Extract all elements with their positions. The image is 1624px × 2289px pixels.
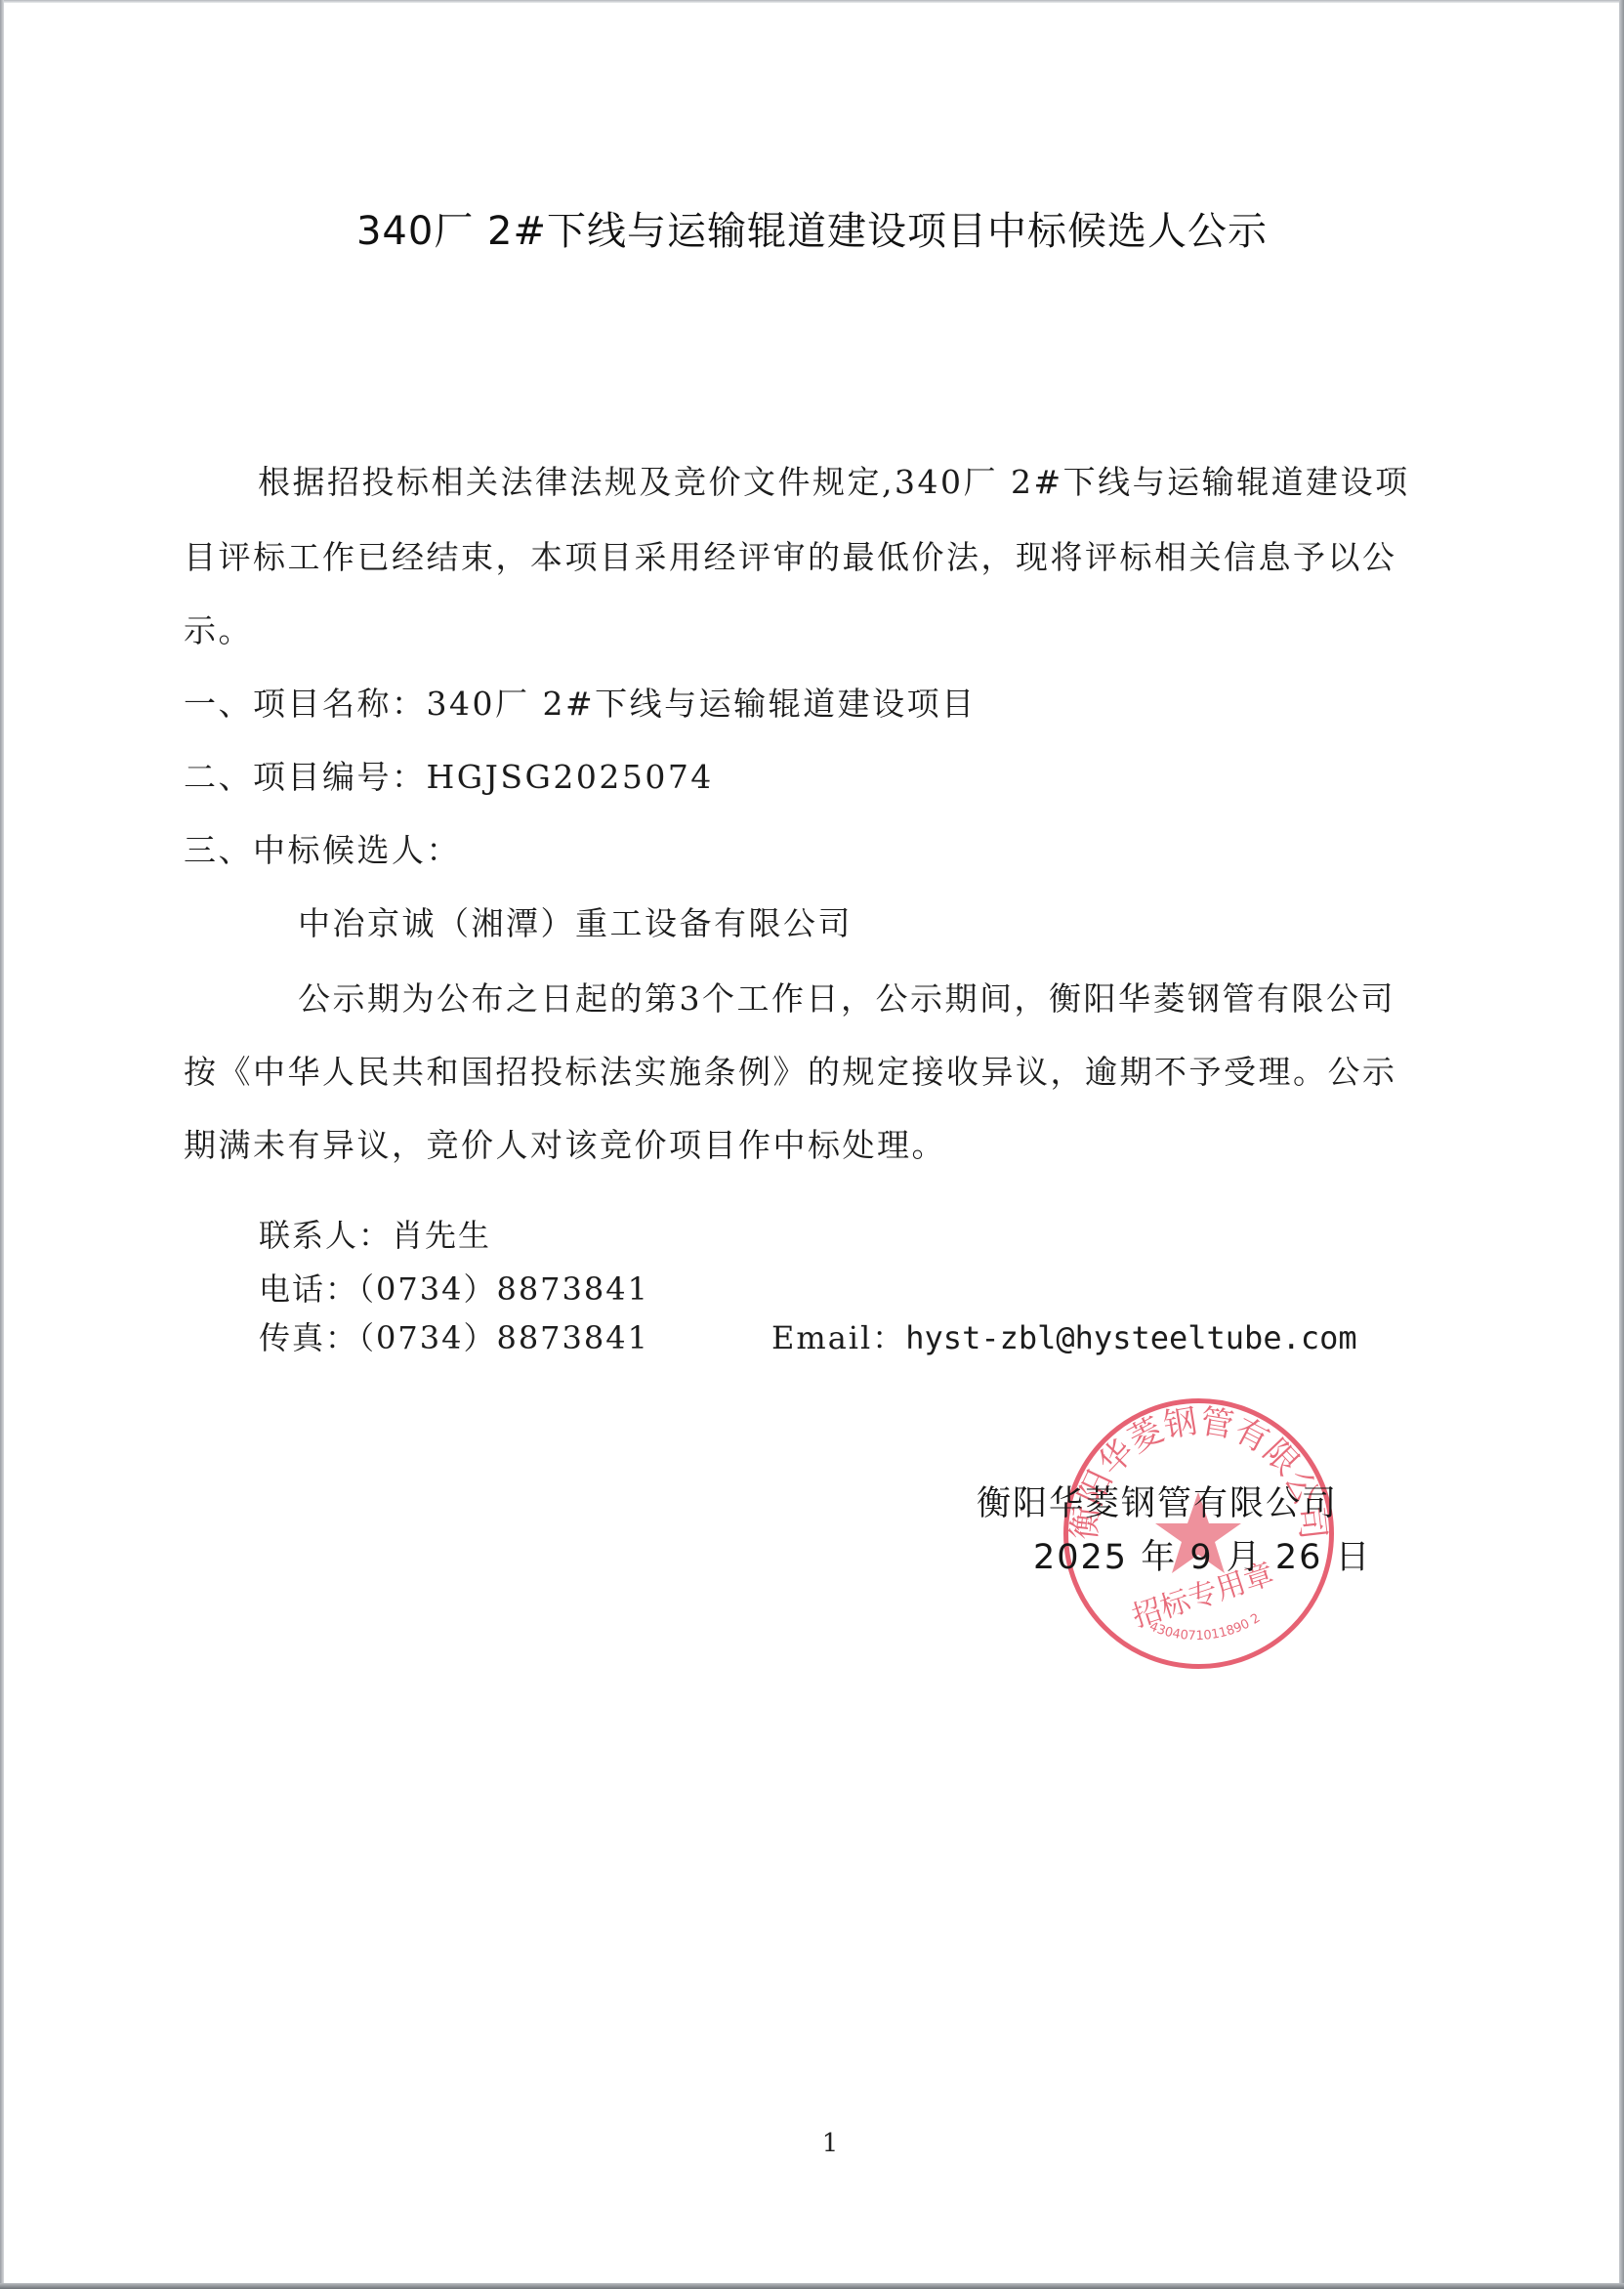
contact-fax-label: 传真： (259, 1319, 358, 1356)
notice-line-1: 公示期为公布之日起的第3个工作日，公示期间，衡阳华菱钢管有限公司 (298, 974, 1395, 1020)
contact-fax-value: （0734）8873841 (358, 1319, 649, 1356)
item-candidate-label: 三、中标候选人： (184, 831, 461, 869)
scan-edge-right (1619, 0, 1624, 2289)
contact-email-value[interactable]: hyst-zbl@hysteeltube.com (905, 1319, 1356, 1356)
contact-person-value: 肖先生 (392, 1217, 491, 1254)
intro-line-3: 示。 (184, 605, 253, 651)
item-project-code: 二、项目编号：HGJSG2025074 (184, 752, 714, 798)
item-project-name-value: 340厂 2#下线与运输辊道建设项目 (427, 685, 977, 723)
signature-company: 衡阳华菱钢管有限公司 (977, 1477, 1338, 1525)
document-page: 340厂 2#下线与运输辊道建设项目中标候选人公示 根据招投标相关法律法规及竞价… (0, 0, 1624, 2289)
item-project-name-label: 一、项目名称： (184, 685, 427, 723)
item-project-name: 一、项目名称：340厂 2#下线与运输辊道建设项目 (184, 679, 977, 725)
contact-phone: 电话：（0734）8873841 (259, 1265, 649, 1310)
contact-fax: 传真：（0734）8873841 (259, 1313, 649, 1358)
contact-person: 联系人：肖先生 (259, 1211, 491, 1256)
candidate-name: 中冶京诚（湘潭）重工设备有限公司 (298, 898, 853, 944)
scan-edge-bottom (0, 2283, 1624, 2289)
signature-date: 2025 年 9 月 26 日 (1033, 1530, 1372, 1579)
item-project-code-label: 二、项目编号： (184, 758, 427, 796)
item-project-code-value: HGJSG2025074 (427, 758, 714, 796)
scan-edge-top (0, 0, 1624, 3)
contact-email: Email：hyst-zbl@hysteeltube.com (771, 1313, 1357, 1358)
contact-phone-label: 电话： (259, 1270, 358, 1308)
scan-edge-left (0, 0, 4, 2289)
document-title: 340厂 2#下线与运输辊道建设项目中标候选人公示 (0, 200, 1624, 256)
contact-phone-value: （0734）8873841 (358, 1270, 649, 1308)
page-number: 1 (0, 2129, 1624, 2158)
contact-email-label: Email： (771, 1319, 905, 1356)
item-candidate-heading: 三、中标候选人： (184, 825, 461, 871)
notice-line-2: 按《中华人民共和国招投标法实施条例》的规定接收异议，逾期不予受理。公示 (184, 1047, 1397, 1093)
intro-line-2: 目评标工作已经结束，本项目采用经评审的最低价法，现将评标相关信息予以公 (184, 532, 1397, 578)
contact-person-label: 联系人： (259, 1217, 392, 1254)
intro-line-1: 根据招投标相关法律法规及竞价文件规定,340厂 2#下线与运输辊道建设项 (258, 457, 1410, 503)
notice-line-3: 期满未有异议，竞价人对该竞价项目作中标处理。 (184, 1120, 946, 1166)
